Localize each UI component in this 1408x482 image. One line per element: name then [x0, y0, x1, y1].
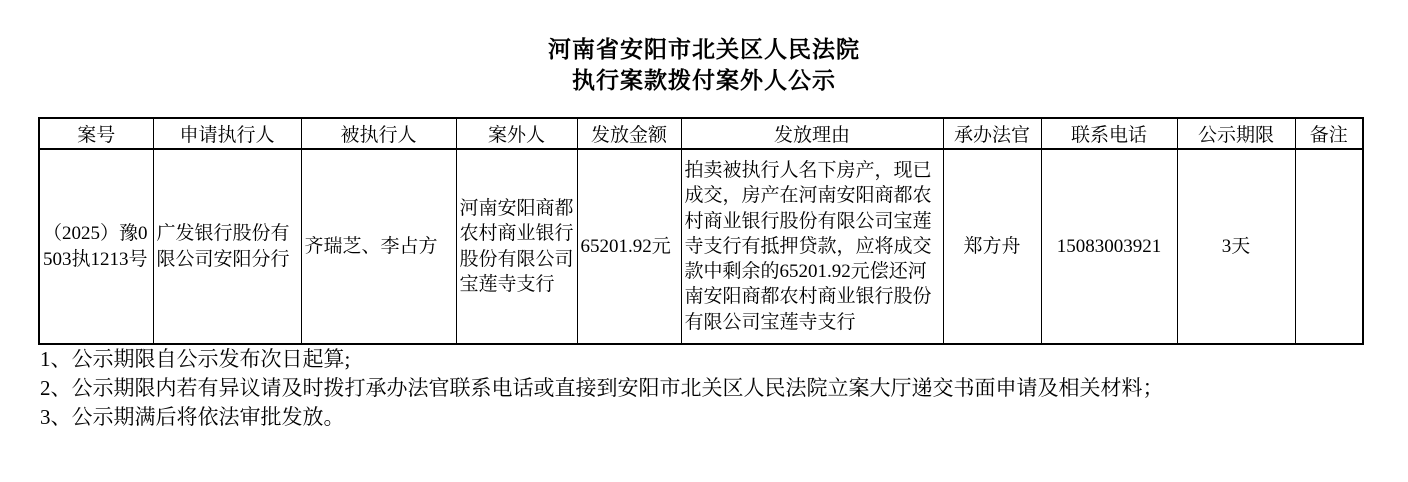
page-title-line2: 执行案款拨付案外人公示: [0, 65, 1408, 96]
announcement-page: 河南省安阳市北关区人民法院 执行案款拨付案外人公示 案号 申请执行人 被执行人 …: [0, 0, 1408, 482]
col-header-amount: 发放金额: [577, 118, 681, 149]
cell-respondent: 齐瑞芝、李占方: [301, 149, 456, 344]
note-2: 2、公示期限内若有异议请及时拨打承办法官联系电话或直接到安阳市北关区人民法院立案…: [40, 374, 1164, 403]
cell-outsider: 河南安阳商都农村商业银行股份有限公司宝莲寺支行: [456, 149, 577, 344]
notes: 1、公示期限自公示发布次日起算; 2、公示期限内若有异议请及时拨打承办法官联系电…: [40, 345, 1164, 432]
col-header-respondent: 被执行人: [301, 118, 456, 149]
announcement-table: 案号 申请执行人 被执行人 案外人 发放金额 发放理由 承办法官 联系电话 公示…: [38, 117, 1364, 345]
table-row: （2025）豫0503执1213号 广发银行股份有限公司安阳分行 齐瑞芝、李占方…: [39, 149, 1363, 344]
col-header-reason: 发放理由: [681, 118, 943, 149]
col-header-applicant: 申请执行人: [153, 118, 301, 149]
cell-period: 3天: [1177, 149, 1295, 344]
col-header-remark: 备注: [1295, 118, 1363, 149]
col-header-judge: 承办法官: [943, 118, 1041, 149]
cell-amount: 65201.92元: [577, 149, 681, 344]
col-header-outsider: 案外人: [456, 118, 577, 149]
col-header-phone: 联系电话: [1041, 118, 1177, 149]
page-title: 河南省安阳市北关区人民法院 执行案款拨付案外人公示: [0, 34, 1408, 96]
col-header-case-number: 案号: [39, 118, 153, 149]
note-3: 3、公示期满后将依法审批发放。: [40, 403, 1164, 432]
cell-phone: 15083003921: [1041, 149, 1177, 344]
header-row: 案号 申请执行人 被执行人 案外人 发放金额 发放理由 承办法官 联系电话 公示…: [39, 118, 1363, 149]
page-title-line1: 河南省安阳市北关区人民法院: [0, 34, 1408, 65]
cell-remark: [1295, 149, 1363, 344]
cell-reason: 拍卖被执行人名下房产，现已成交，房产在河南安阳商都农村商业银行股份有限公司宝莲寺…: [681, 149, 943, 344]
col-header-period: 公示期限: [1177, 118, 1295, 149]
cell-case-number: （2025）豫0503执1213号: [39, 149, 153, 344]
note-1: 1、公示期限自公示发布次日起算;: [40, 345, 1164, 374]
cell-judge: 郑方舟: [943, 149, 1041, 344]
cell-applicant: 广发银行股份有限公司安阳分行: [153, 149, 301, 344]
